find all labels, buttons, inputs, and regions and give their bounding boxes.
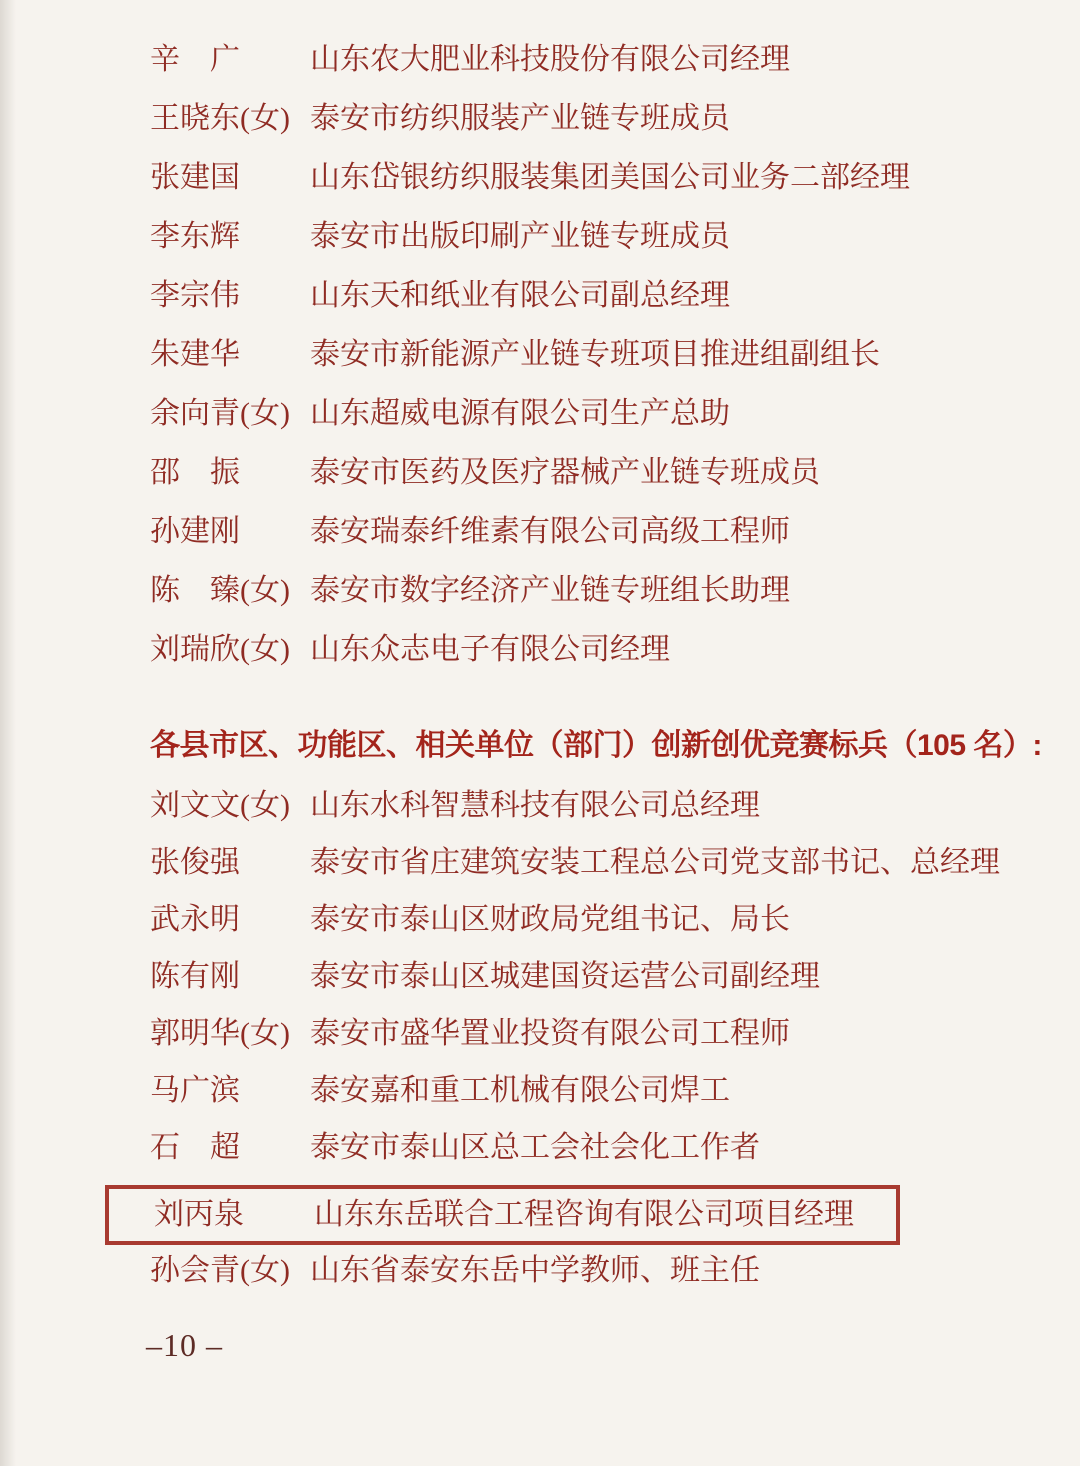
person-name: 陈有刚 xyxy=(150,957,310,997)
person-title: 泰安市医药及医疗器械产业链专班成员 xyxy=(310,456,820,489)
award-entry: 李东辉泰安市出版印刷产业链专班成员 xyxy=(150,217,1080,257)
highlight-box: 刘丙泉山东东岳联合工程咨询有限公司项目经理 xyxy=(105,1185,900,1245)
award-entry: 李宗伟山东天和纸业有限公司副总经理 xyxy=(150,276,1080,316)
person-name: 李东辉 xyxy=(150,217,310,257)
person-title: 泰安市数字经济产业链专班组长助理 xyxy=(310,574,790,607)
award-entry: 张俊强泰安市省庄建筑安装工程总公司党支部书记、总经理 xyxy=(150,843,1080,883)
person-title: 泰安市泰山区城建国资运营公司副经理 xyxy=(310,960,820,993)
award-entry: 朱建华泰安市新能源产业链专班项目推进组副组长 xyxy=(150,335,1080,375)
person-title: 泰安市盛华置业投资有限公司工程师 xyxy=(310,1017,790,1050)
person-name: 刘瑞欣(女) xyxy=(150,630,310,670)
award-entry: 余向青(女)山东超威电源有限公司生产总助 xyxy=(150,394,1080,434)
person-name: 石 超 xyxy=(150,1128,310,1168)
person-name: 马广滨 xyxy=(150,1071,310,1111)
award-list-section: 刘文文(女)山东水科智慧科技有限公司总经理 张俊强泰安市省庄建筑安装工程总公司党… xyxy=(150,786,1080,1291)
person-title: 泰安瑞泰纤维素有限公司高级工程师 xyxy=(310,515,790,548)
award-entry: 辛 广山东农大肥业科技股份有限公司经理 xyxy=(150,40,1080,80)
person-name: 郭明华(女) xyxy=(150,1014,310,1054)
person-title: 泰安市泰山区总工会社会化工作者 xyxy=(310,1131,760,1164)
person-name: 孙会青(女) xyxy=(150,1251,310,1291)
person-title: 山东水科智慧科技有限公司总经理 xyxy=(310,789,760,822)
person-title: 山东岱银纺织服装集团美国公司业务二部经理 xyxy=(310,161,910,194)
person-title: 山东省泰安东岳中学教师、班主任 xyxy=(310,1254,760,1287)
award-entry: 武永明泰安市泰山区财政局党组书记、局长 xyxy=(150,900,1080,940)
person-name: 张建国 xyxy=(150,158,310,198)
person-name: 刘文文(女) xyxy=(150,786,310,826)
section-heading: 各县市区、功能区、相关单位（部门）创新创优竞赛标兵（105 名）: xyxy=(150,726,1080,766)
document-page: 辛 广山东农大肥业科技股份有限公司经理 王晓东(女)泰安市纺织服装产业链专班成员… xyxy=(0,0,1080,1363)
award-list-top: 辛 广山东农大肥业科技股份有限公司经理 王晓东(女)泰安市纺织服装产业链专班成员… xyxy=(150,40,1080,670)
award-entry: 刘文文(女)山东水科智慧科技有限公司总经理 xyxy=(150,786,1080,826)
person-name: 朱建华 xyxy=(150,335,310,375)
person-title: 泰安市出版印刷产业链专班成员 xyxy=(310,220,730,253)
person-name: 王晓东(女) xyxy=(150,99,310,139)
page-number: –10 – xyxy=(146,1327,1080,1363)
person-name: 邵 振 xyxy=(150,453,310,493)
person-title: 山东东岳联合工程咨询有限公司项目经理 xyxy=(314,1198,854,1231)
person-name: 张俊强 xyxy=(150,843,310,883)
award-entry-highlighted: 刘丙泉山东东岳联合工程咨询有限公司项目经理 xyxy=(154,1195,896,1235)
person-name: 陈 臻(女) xyxy=(150,571,310,611)
award-entry: 郭明华(女)泰安市盛华置业投资有限公司工程师 xyxy=(150,1014,1080,1054)
person-title: 泰安市泰山区财政局党组书记、局长 xyxy=(310,903,790,936)
award-entry: 陈有刚泰安市泰山区城建国资运营公司副经理 xyxy=(150,957,1080,997)
person-name: 刘丙泉 xyxy=(154,1195,314,1235)
award-entry: 张建国山东岱银纺织服装集团美国公司业务二部经理 xyxy=(150,158,1080,198)
award-entry: 邵 振泰安市医药及医疗器械产业链专班成员 xyxy=(150,453,1080,493)
person-name: 武永明 xyxy=(150,900,310,940)
award-entry: 孙建刚泰安瑞泰纤维素有限公司高级工程师 xyxy=(150,512,1080,552)
person-name: 李宗伟 xyxy=(150,276,310,316)
person-title: 泰安嘉和重工机械有限公司焊工 xyxy=(310,1074,730,1107)
person-name: 余向青(女) xyxy=(150,394,310,434)
person-title: 山东天和纸业有限公司副总经理 xyxy=(310,279,730,312)
person-title: 山东农大肥业科技股份有限公司经理 xyxy=(310,43,790,76)
person-title: 山东超威电源有限公司生产总助 xyxy=(310,397,730,430)
person-title: 泰安市新能源产业链专班项目推进组副组长 xyxy=(310,338,880,371)
award-entry: 石 超泰安市泰山区总工会社会化工作者 xyxy=(150,1128,1080,1168)
person-title: 泰安市纺织服装产业链专班成员 xyxy=(310,102,730,135)
award-entry: 王晓东(女)泰安市纺织服装产业链专班成员 xyxy=(150,99,1080,139)
person-name: 孙建刚 xyxy=(150,512,310,552)
award-entry: 孙会青(女)山东省泰安东岳中学教师、班主任 xyxy=(150,1251,1080,1291)
person-title: 山东众志电子有限公司经理 xyxy=(310,633,670,666)
person-name: 辛 广 xyxy=(150,40,310,80)
award-entry: 刘瑞欣(女)山东众志电子有限公司经理 xyxy=(150,630,1080,670)
award-entry: 陈 臻(女)泰安市数字经济产业链专班组长助理 xyxy=(150,571,1080,611)
award-entry: 马广滨泰安嘉和重工机械有限公司焊工 xyxy=(150,1071,1080,1111)
person-title: 泰安市省庄建筑安装工程总公司党支部书记、总经理 xyxy=(310,846,1000,879)
